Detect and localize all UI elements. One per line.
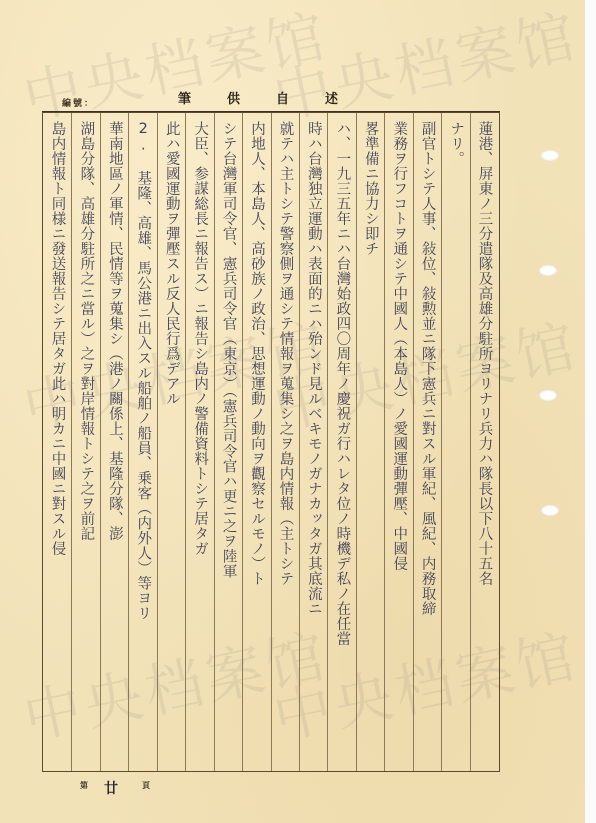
binder-hole [541, 150, 559, 161]
handwritten-line: 就テハ主トシテ警察側ヲ通シテ情報ヲ蒐集シ之ヲ島内情報（主トシテ [278, 121, 293, 586]
binder-hole [541, 505, 559, 516]
handwritten-line: ナリ。 [449, 121, 464, 166]
title-char: 述 [325, 88, 338, 107]
page-prefix: 第 [80, 780, 88, 791]
grid-column: 大臣、参謀総長ニ報告ス）ニ報告シ島内ノ警備資料トシテ居タガ [185, 113, 213, 771]
binder-hole [539, 265, 557, 276]
page-number: 廿 [104, 778, 118, 798]
grid-column: 副官トシテ人事、敍位、敍勲並ニ隊下憲兵ニ對スル軍紀、風紀、内務取締 [413, 113, 441, 771]
grid-column: 湖島分隊、高雄分駐所之ニ當ル）之ヲ對岸情報トシテ之ヲ前記 [71, 113, 99, 771]
grid-column: 就テハ主トシテ警察側ヲ通シテ情報ヲ蒐集シ之ヲ島内情報（主トシテ [271, 113, 299, 771]
grid-column: 時ハ台灣独立運動ハ表面的ニハ殆ンド見ルベキモノガナカッタガ其底流ニ [299, 113, 327, 771]
handwritten-line: 畧準備ニ協力シ即チ [363, 121, 378, 256]
page-edge [585, 0, 596, 823]
handwritten-line: 蓮港、屏東ノ三分遣隊及高雄分駐所ヨリナリ兵力ハ隊長以下八十五名 [477, 121, 492, 586]
grid-column: ナリ。 [441, 113, 469, 771]
handwritten-line: 大臣、参謀総長ニ報告ス）ニ報告シ島内ノ警備資料トシテ居タガ [193, 121, 208, 556]
handwritten-line: 副官トシテ人事、敍位、敍勲並ニ隊下憲兵ニ對スル軍紀、風紀、内務取締 [420, 121, 435, 616]
grid-column: 業務ヲ行フコトヲ通シテ中國人（本島人）ノ愛國運動彈壓、中國侵 [384, 113, 412, 771]
handwritten-line: 此ハ愛國運動ヲ彈壓スル反人民行爲デアル [164, 121, 179, 406]
title-char: 自 [276, 88, 289, 107]
handwritten-line: 内地人、本島人、高砂族ノ政治、思想運動ノ動向ヲ觀察セルモノ）ト [250, 121, 265, 586]
handwritten-line: 業務ヲ行フコトヲ通シテ中國人（本島人）ノ愛國運動彈壓、中國侵 [392, 121, 407, 571]
handwritten-line: シテ台灣軍司令官、憲兵司令官（東京）（憲兵司令官ハ更ニ之ヲ陸軍 [221, 121, 236, 579]
writing-grid: 蓮港、屏東ノ三分遣隊及高雄分駐所ヨリナリ兵力ハ隊長以下八十五名ナリ。副官トシテ人… [42, 112, 500, 772]
grid-column: 畧準備ニ協力シ即チ [356, 113, 384, 771]
binder-hole [539, 390, 557, 401]
handwritten-line: 華南地區ノ軍情、民情等ヲ蒐集シ（港ノ關係上、基隆分隊、澎 [107, 121, 122, 541]
grid-column: 蓮港、屏東ノ三分遣隊及高雄分駐所ヨリナリ兵力ハ隊長以下八十五名 [470, 113, 498, 771]
grid-column: 2. 基隆、高雄、馬公港ニ出入スル船舶ノ船員、乗客（内外人）等ヨリ [128, 113, 156, 771]
grid-column: ハ、一九三五年ニハ台灣始政四〇周年ノ慶祝ガ行ハレタ位ノ時機デ私ノ在任當 [327, 113, 355, 771]
file-number-label: 編號： [62, 96, 95, 109]
page-suffix: 頁 [142, 780, 150, 791]
handwritten-line: 時ハ台灣独立運動ハ表面的ニハ殆ンド見ルベキモノガナカッタガ其底流ニ [306, 121, 321, 616]
handwritten-line: ハ、一九三五年ニハ台灣始政四〇周年ノ慶祝ガ行ハレタ位ノ時機デ私ノ在任當 [335, 121, 350, 646]
title-char: 筆 [178, 88, 191, 107]
grid-column: 島内情報ト同様ニ發送報告シテ居タガ此ハ明カニ中國ニ對スル侵 [43, 113, 71, 771]
grid-column: 此ハ愛國運動ヲ彈壓スル反人民行爲デアル [157, 113, 185, 771]
grid-column: シテ台灣軍司令官、憲兵司令官（東京）（憲兵司令官ハ更ニ之ヲ陸軍 [214, 113, 242, 771]
grid-column: 華南地區ノ軍情、民情等ヲ蒐集シ（港ノ關係上、基隆分隊、澎 [100, 113, 128, 771]
form-title: 筆 供 自 述 [178, 88, 338, 107]
document-page: 中央档案馆 中央档案馆 中央档案馆 中央档案馆 中央档案馆 中央档案馆 編號： … [0, 0, 592, 823]
grid-column: 内地人、本島人、高砂族ノ政治、思想運動ノ動向ヲ觀察セルモノ）ト [242, 113, 270, 771]
handwritten-line: 島内情報ト同様ニ發送報告シテ居タガ此ハ明カニ中國ニ對スル侵 [50, 121, 65, 556]
handwritten-line: 湖島分隊、高雄分駐所之ニ當ル）之ヲ對岸情報トシテ之ヲ前記 [79, 121, 94, 541]
title-char: 供 [227, 88, 240, 107]
handwritten-line: 2. 基隆、高雄、馬公港ニ出入スル船舶ノ船員、乗客（内外人）等ヨリ [136, 121, 151, 621]
